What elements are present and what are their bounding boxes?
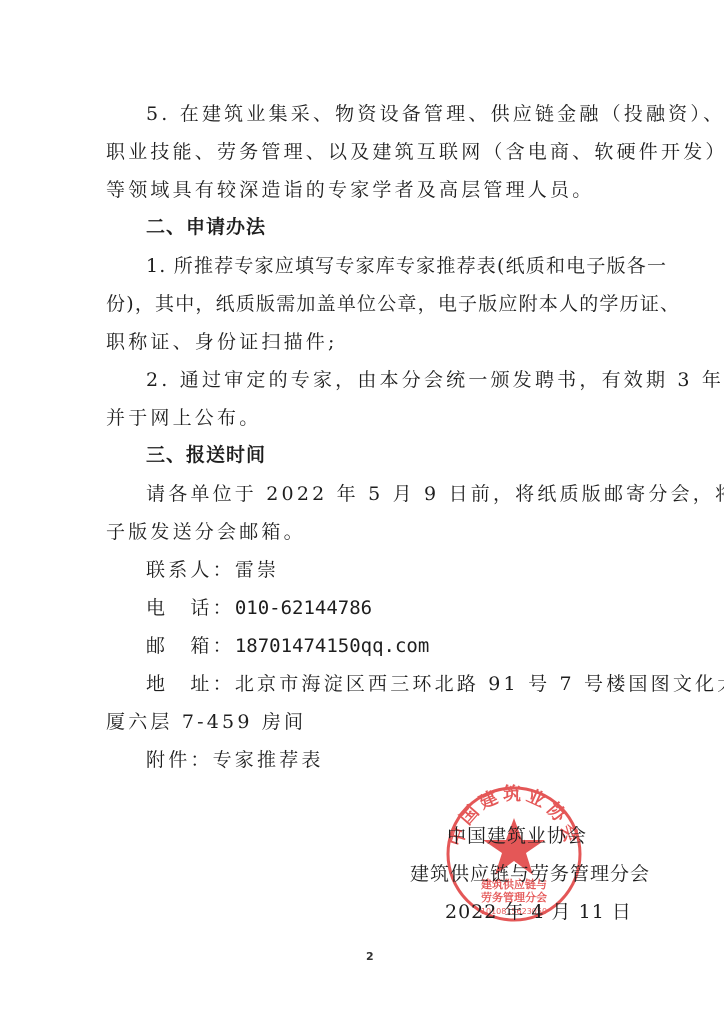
phone-row: 电 话：010-62144786 [146, 596, 372, 620]
paragraph-item5-line2: 职业技能、劳务管理、以及建筑互联网（含电商、软硬件开发） [106, 140, 724, 164]
paragraph-s2-item1-line1: 1. 所推荐专家应填写专家库专家推荐表(纸质和电子版各一 [146, 254, 667, 278]
section-heading-submission-time: 三、报送时间 [146, 443, 266, 467]
section-heading-application-method: 二、申请办法 [146, 215, 266, 239]
paragraph-item5-line3: 等领域具有较深造诣的专家学者及高层管理人员。 [106, 178, 594, 202]
paragraph-item5-line1: 5. 在建筑业集采、物资设备管理、供应链金融（投融资）、 [146, 102, 724, 126]
signature-org-line1: 中国建筑业协会 [447, 824, 587, 848]
paragraph-s2-item1-line2: 份)，其中，纸质版需加盖单位公章，电子版应附本人的学历证、 [106, 292, 680, 316]
page-number: 2 [366, 950, 374, 963]
paragraph-s3-line1: 请各单位于 2022 年 5 月 9 日前，将纸质版邮寄分会，将电 [146, 482, 724, 506]
address-label: 地 址： [146, 673, 235, 695]
phone-value: 010-62144786 [235, 597, 372, 619]
email-row: 邮 箱：18701474150qq.com [146, 634, 429, 658]
document-page: 5. 在建筑业集采、物资设备管理、供应链金融（投融资）、 职业技能、劳务管理、以… [0, 0, 724, 1024]
contact-row: 联系人：雷崇 [146, 558, 279, 582]
attachment-row: 附件：专家推荐表 [146, 748, 324, 772]
attachment-value: 专家推荐表 [213, 749, 324, 771]
address-row: 地 址：北京市海淀区西三环北路 91 号 7 号楼国图文化大 [146, 672, 724, 696]
paragraph-s2-item2-line1: 2. 通过审定的专家，由本分会统一颁发聘书，有效期 3 年， [146, 368, 724, 392]
paragraph-s2-item2-line2: 并于网上公布。 [106, 406, 261, 430]
phone-label: 电 话： [146, 597, 235, 619]
email-value: 18701474150qq.com [235, 635, 429, 657]
address-value-line1: 北京市海淀区西三环北路 91 号 7 号楼国图文化大 [235, 673, 724, 695]
signature-date: 2022 年 4 月 11 日 [445, 900, 632, 924]
paragraph-s2-item1-line3: 职称证、身份证扫描件; [106, 330, 338, 354]
paragraph-s3-line2: 子版发送分会邮箱。 [106, 520, 306, 544]
email-label: 邮 箱： [146, 635, 235, 657]
attachment-label: 附件： [146, 749, 213, 771]
signature-org-line2: 建筑供应链与劳务管理分会 [410, 862, 650, 886]
address-value-line2: 厦六层 7-459 房间 [106, 710, 306, 734]
contact-value: 雷崇 [235, 559, 279, 581]
contact-label: 联系人： [146, 559, 235, 581]
